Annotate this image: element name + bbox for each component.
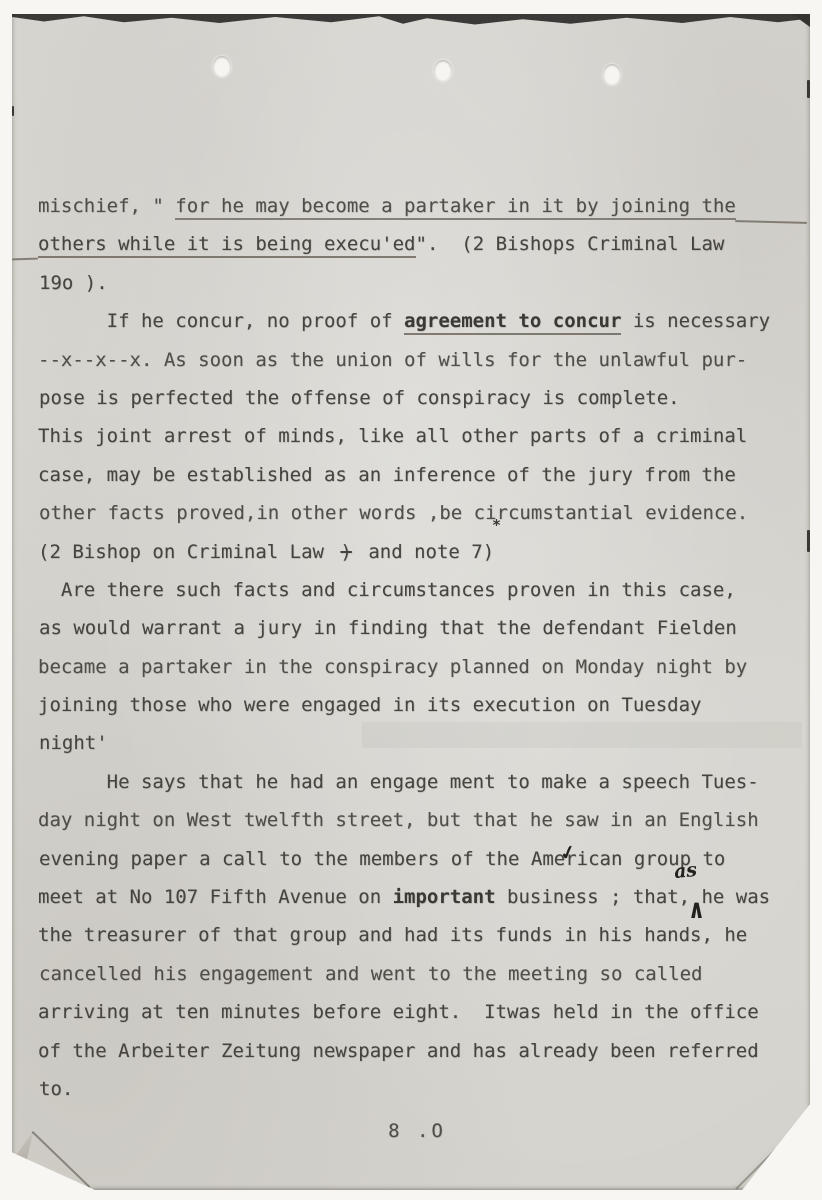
text-segment: pose is perfected the offense of conspir…	[39, 387, 680, 409]
edge-tear-mark	[807, 530, 810, 552]
page-number: 8 .O	[342, 1120, 492, 1142]
text-line: to.	[39, 1070, 799, 1108]
text-segment: other facts proved,in other words ,be ci…	[39, 502, 748, 524]
text-segment: as would warrant a jury in finding that …	[39, 617, 737, 639]
text-segment: and note 7)	[357, 541, 494, 563]
text-segment: case, may be established as an inference…	[38, 464, 736, 486]
text-line: as would warrant a jury in finding that …	[39, 609, 799, 647]
text-segment: the treasurer of that group and had its …	[38, 924, 747, 946]
edge-tear-mark	[807, 80, 810, 98]
text-segment: of the Arbeiter Zeitung newspaper and ha…	[38, 1040, 759, 1062]
text-segment: ". (2 Bishops Criminal Law	[416, 233, 725, 255]
text-line: day night on West twelfth street, but th…	[38, 801, 798, 839]
punch-hole	[213, 56, 231, 77]
text-line: joining those who were engaged in its ex…	[38, 686, 798, 724]
text-segment: --x--x--x. As soon as the union of wills…	[38, 349, 747, 371]
text-segment: cancelled his engagement and went to the…	[39, 963, 702, 985]
text-line: 19o ).	[39, 264, 799, 302]
text-line: arriving at ten minutes before eight. It…	[38, 993, 798, 1031]
text-segment: Are there such facts and circumstances p…	[61, 579, 736, 601]
underlined-phrase: for he may become a partaker in it by jo…	[175, 195, 736, 220]
text-segment: If he concur, no proof of	[107, 310, 404, 332]
text-line: became a partaker in the conspiracy plan…	[38, 648, 798, 686]
text-line: meet at No 107 Fifth Avenue on important…	[38, 878, 798, 916]
fold-crease-line	[32, 1131, 91, 1188]
pencil-underline-extension	[12, 258, 38, 261]
text-line: case, may be established as an inference…	[38, 456, 798, 494]
text-line: cancelled his engagement and went to the…	[39, 955, 799, 993]
text-segment: )	[335, 541, 356, 563]
text-line: --x--x--x. As soon as the union of wills…	[38, 341, 798, 379]
punch-hole	[603, 64, 621, 85]
text-line: pose is perfected the offense of conspir…	[39, 379, 799, 417]
text-segment: to.	[39, 1078, 73, 1100]
text-line: of the Arbeiter Zeitung newspaper and ha…	[38, 1032, 798, 1070]
torn-corner-top-right	[792, 14, 810, 27]
text-segment: joining those who were engaged in its ex…	[38, 694, 701, 716]
text-line: Are there such facts and circumstances p…	[38, 571, 798, 609]
text-line: If he concur, no proof of agreement to c…	[38, 302, 798, 340]
document-text: mischief, " for he may become a partaker…	[38, 187, 798, 1108]
text-segment: 19o ).	[39, 272, 108, 294]
scanned-page: mischief, " for he may become a partaker…	[12, 14, 810, 1190]
text-line: other facts proved,in other words ,be ci…	[39, 494, 799, 532]
text-line: This joint arrest of minds, like all oth…	[38, 417, 798, 455]
underlined-phrase: others while it is being execu'ed	[38, 233, 416, 258]
text-line: mischief, " for he may become a partaker…	[38, 187, 798, 225]
text-segment: (2 Bishop on Criminal Law	[38, 541, 335, 563]
text-segment: mischief, "	[38, 195, 175, 217]
text-segment: night'	[39, 732, 108, 754]
text-line: others while it is being execu'ed". (2 B…	[38, 225, 798, 263]
stray-ink-mark: *	[492, 516, 501, 534]
torn-top-edge	[12, 14, 810, 29]
text-line: (2 Bishop on Criminal Law ) and note 7)	[38, 533, 798, 571]
text-line: night'	[39, 724, 799, 762]
text-segment: evening paper a call to the members of t…	[39, 848, 725, 870]
text-line: the treasurer of that group and had its …	[38, 916, 798, 954]
text-segment: This joint arrest of minds, like all oth…	[38, 425, 747, 447]
text-segment: day night on West twelfth street, but th…	[38, 809, 759, 831]
handwritten-insertion-as: as	[673, 859, 698, 883]
text-segment: important	[393, 886, 496, 908]
underlined-phrase: agreement to concur	[404, 310, 621, 335]
text-segment: arriving at ten minutes before eight. It…	[38, 1001, 759, 1023]
punch-hole	[434, 60, 452, 81]
edge-tear-mark	[12, 106, 14, 116]
caret-insertion-mark: ∧	[688, 893, 705, 924]
text-segment: He says that he had an engage ment to ma…	[107, 771, 759, 793]
text-segment: is necessary	[621, 310, 770, 332]
text-line: He says that he had an engage ment to ma…	[38, 763, 798, 801]
text-segment: business ; that, he was	[496, 886, 771, 908]
text-segment: became a partaker in the conspiracy plan…	[38, 656, 747, 678]
text-segment: meet at No 107 Fifth Avenue on	[38, 886, 393, 908]
